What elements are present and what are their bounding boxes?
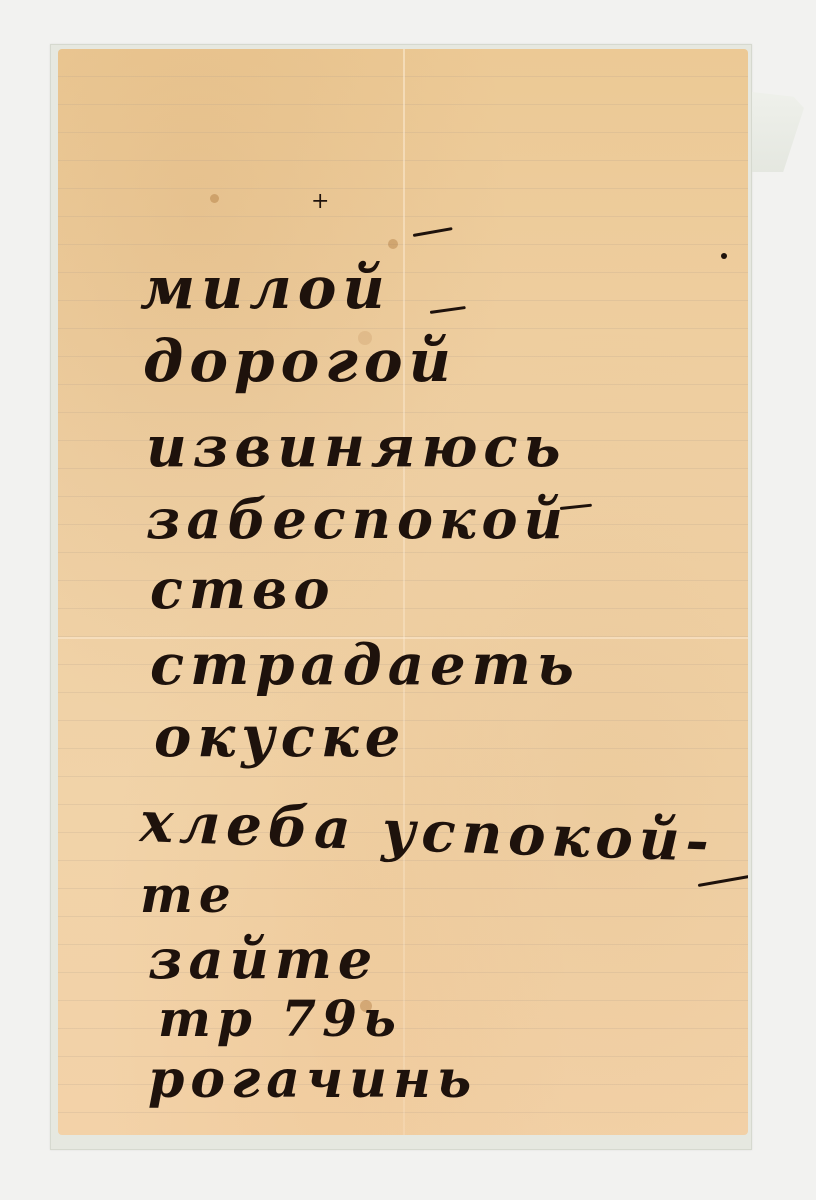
letter-line-12: рогачинь [148,1049,477,1110]
letter-line-9: те [140,865,237,924]
letter-line-4: забеспокой [146,487,569,551]
vertical-fold-crease [403,49,405,1135]
letter-line-1: милой [140,254,391,322]
top-cross-mark: + [311,189,329,214]
letter-line-6: страдаеть [150,632,580,698]
ink-stain [721,253,727,259]
ink-stain [388,239,398,249]
ink-stain [210,194,219,203]
letter-line-3: извиняюсь [146,414,566,480]
letter-line-7: окуске [154,704,406,770]
mounting-tape [752,92,804,172]
letter-page: + милой дорогой извиняюсь забеспокой ств… [58,49,748,1135]
letter-line-5: ство [150,557,336,621]
letter-line-2: дорогой [143,327,457,395]
letter-line-11: тр 79ь [158,989,402,1048]
letter-line-10: зайте [148,927,378,991]
